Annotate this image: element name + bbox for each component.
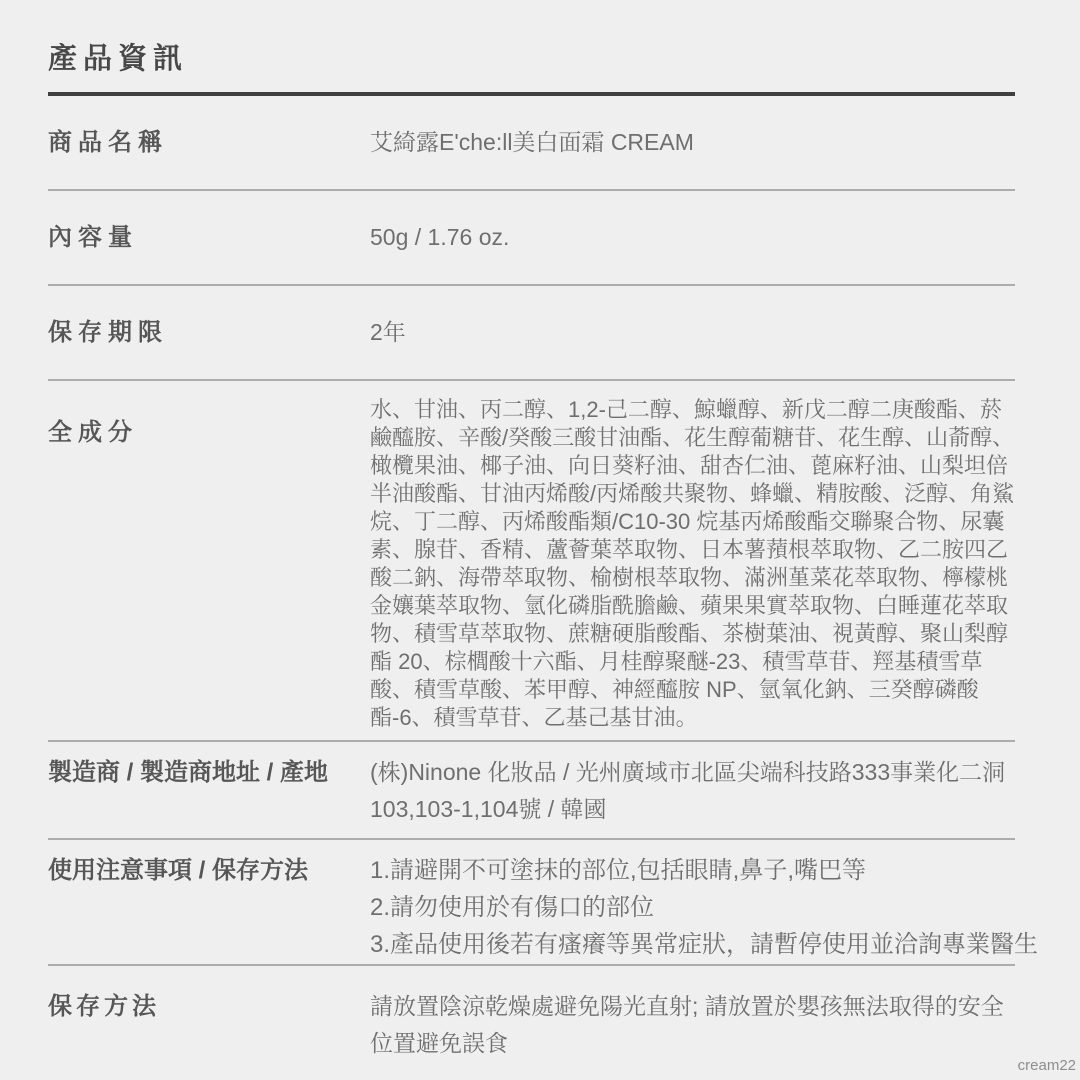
page-title: 產品資訊 [48,40,1015,78]
table-row-shelf-life: 保存期限 2年 [48,286,1015,381]
usage-note-1: 1.請避開不可塗抹的部位,包括眼睛,鼻子,嘴巴等 [370,852,1015,889]
row-label-shelf-life: 保存期限 [48,286,370,379]
usage-note-2: 2.請勿使用於有傷口的部位 [370,889,1015,926]
row-label-manufacturer: 製造商 / 製造商地址 / 產地 [48,742,370,787]
row-label-ingredients: 全成分 [48,381,370,447]
row-value-ingredients: 水、甘油、丙二醇、1,2-己二醇、鯨蠟醇、新戊二醇二庚酸酯、菸鹼醯胺、辛酸/癸酸… [370,381,1015,740]
row-value-usage-notes: 1.請避開不可塗抹的部位,包括眼睛,鼻子,嘴巴等 2.請勿使用於有傷口的部位 3… [370,840,1015,964]
ingredients-text: 水、甘油、丙二醇、1,2-己二醇、鯨蠟醇、新戊二醇二庚酸酯、菸鹼醯胺、辛酸/癸酸… [370,396,1015,732]
row-label-content-volume: 內容量 [48,191,370,284]
table-row-storage-method: 保存方法 請放置陰涼乾燥處避免陽光直射; 請放置於嬰孩無法取得的安全位置避免誤食 [48,966,1015,1062]
row-label-usage-notes: 使用注意事項 / 保存方法 [48,840,370,885]
usage-note-3: 3.產品使用後若有瘙癢等異常症狀，請暫停使用並洽詢專業醫生 [370,926,1015,963]
table-row-ingredients: 全成分 水、甘油、丙二醇、1,2-己二醇、鯨蠟醇、新戊二醇二庚酸酯、菸鹼醯胺、辛… [48,381,1015,742]
value-line: 請放置陰涼乾燥處避免陽光直射; 請放置於嬰孩無法取得的安全位置避免誤食 [370,988,1015,1062]
value-line: (株)Ninone 化妝品 / 光州廣域市北區尖端科技路333事業化二洞103,… [370,754,1015,828]
table-row-usage-notes: 使用注意事項 / 保存方法 1.請避開不可塗抹的部位,包括眼睛,鼻子,嘴巴等 2… [48,840,1015,966]
table-row-product-name: 商品名稱 艾綺露E'che:ll美白面霜 CREAM [48,96,1015,191]
table-row-manufacturer: 製造商 / 製造商地址 / 產地 (株)Ninone 化妝品 / 光州廣域市北區… [48,742,1015,840]
row-value-storage-method: 請放置陰涼乾燥處避免陽光直射; 請放置於嬰孩無法取得的安全位置避免誤食 [370,966,1015,1062]
table-row-content-volume: 內容量 50g / 1.76 oz. [48,191,1015,286]
row-value-manufacturer: (株)Ninone 化妝品 / 光州廣域市北區尖端科技路333事業化二洞103,… [370,742,1015,838]
value-line: 2年 [370,318,1015,347]
row-value-product-name: 艾綺露E'che:ll美白面霜 CREAM [370,96,1015,189]
row-value-content-volume: 50g / 1.76 oz. [370,191,1015,284]
row-label-product-name: 商品名稱 [48,96,370,189]
watermark-text: cream22 [1018,1057,1076,1074]
row-label-storage-method: 保存方法 [48,966,370,1021]
value-line: 50g / 1.76 oz. [370,223,1015,252]
value-line: 艾綺露E'che:ll美白面霜 CREAM [370,128,1015,157]
product-info-page: 產品資訊 商品名稱 艾綺露E'che:ll美白面霜 CREAM 內容量 50g … [0,0,1080,1080]
row-value-shelf-life: 2年 [370,286,1015,379]
